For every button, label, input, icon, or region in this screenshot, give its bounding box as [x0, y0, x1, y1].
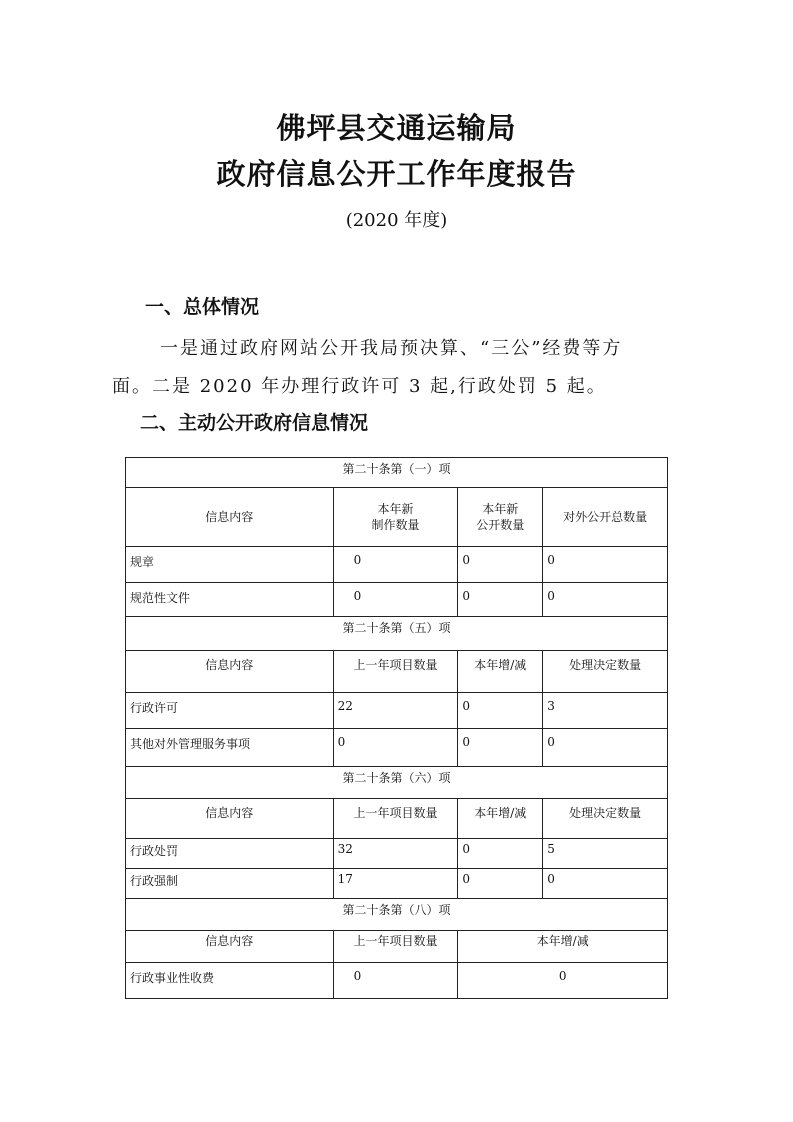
column-header: 信息内容	[126, 931, 334, 963]
cell: 17	[333, 869, 458, 899]
cell: 行政强制	[126, 869, 334, 899]
cell: 其他对外管理服务事项	[126, 729, 334, 767]
cell: 0	[543, 869, 668, 899]
table-row: 规章 0 0 0	[126, 547, 668, 583]
cell: 行政处罚	[126, 839, 334, 869]
overview-paragraph-line2: 面。二是 2020 年办理行政许可 3 起,行政处罚 5 起。	[112, 372, 607, 398]
overview-heading: 一、总体情况	[145, 292, 259, 319]
cell: 0	[458, 583, 543, 617]
report-title-line2: 政府信息公开工作年度报告	[0, 152, 793, 193]
cell: 规章	[126, 547, 334, 583]
table-row: 规范性文件 0 0 0	[126, 583, 668, 617]
section-title: 第二十条第（五）项	[126, 617, 668, 651]
column-header: 信息内容	[126, 651, 334, 693]
report-year: (2020 年度)	[0, 206, 793, 232]
column-header: 信息内容	[126, 799, 334, 839]
cell: 32	[333, 839, 458, 869]
cell: 0	[458, 869, 543, 899]
column-header: 处理决定数量	[543, 651, 668, 693]
column-header: 本年新 公开数量	[458, 488, 543, 547]
column-header: 上一年项目数量	[333, 651, 458, 693]
report-title-line1: 佛坪县交通运输局	[0, 106, 793, 147]
cell: 3	[543, 693, 668, 729]
column-header: 本年增/减	[458, 651, 543, 693]
cell: 行政许可	[126, 693, 334, 729]
cell: 0	[458, 839, 543, 869]
table-row: 其他对外管理服务事项 0 0 0	[126, 729, 668, 767]
column-header: 信息内容	[126, 488, 334, 547]
column-header: 本年增/减	[458, 799, 543, 839]
table-row: 行政强制 17 0 0	[126, 869, 668, 899]
column-header: 上一年项目数量	[333, 931, 458, 963]
cell: 0	[543, 547, 668, 583]
cell: 规范性文件	[126, 583, 334, 617]
column-header: 本年增/减	[458, 931, 668, 963]
cell: 0	[333, 547, 458, 583]
section-title: 第二十条第（一）项	[126, 458, 668, 488]
cell: 0	[458, 963, 668, 999]
cell: 0	[458, 547, 543, 583]
column-header: 上一年项目数量	[333, 799, 458, 839]
cell: 0	[333, 729, 458, 767]
active-disclosure-heading: 二、主动公开政府信息情况	[140, 408, 368, 435]
section-title: 第二十条第（六）项	[126, 767, 668, 799]
cell: 0	[333, 583, 458, 617]
table-row: 行政许可 22 0 3	[126, 693, 668, 729]
cell: 0	[458, 729, 543, 767]
overview-paragraph-line1: 一是通过政府网站公开我局预决算、“三公”经费等方	[160, 334, 622, 360]
cell: 22	[333, 693, 458, 729]
cell: 0	[333, 963, 458, 999]
table-row: 行政处罚 32 0 5	[126, 839, 668, 869]
cell: 0	[543, 729, 668, 767]
cell: 5	[543, 839, 668, 869]
column-header: 对外公开总数量	[543, 488, 668, 547]
column-header: 本年新 制作数量	[333, 488, 458, 547]
cell: 0	[543, 583, 668, 617]
disclosure-table: 第二十条第（一）项 信息内容 本年新 制作数量 本年新 公开数量 对外公开总数量…	[125, 457, 668, 999]
section-title: 第二十条第（八）项	[126, 899, 668, 931]
column-header: 处理决定数量	[543, 799, 668, 839]
cell: 行政事业性收费	[126, 963, 334, 999]
table-row: 行政事业性收费 0 0	[126, 963, 668, 999]
cell: 0	[458, 693, 543, 729]
